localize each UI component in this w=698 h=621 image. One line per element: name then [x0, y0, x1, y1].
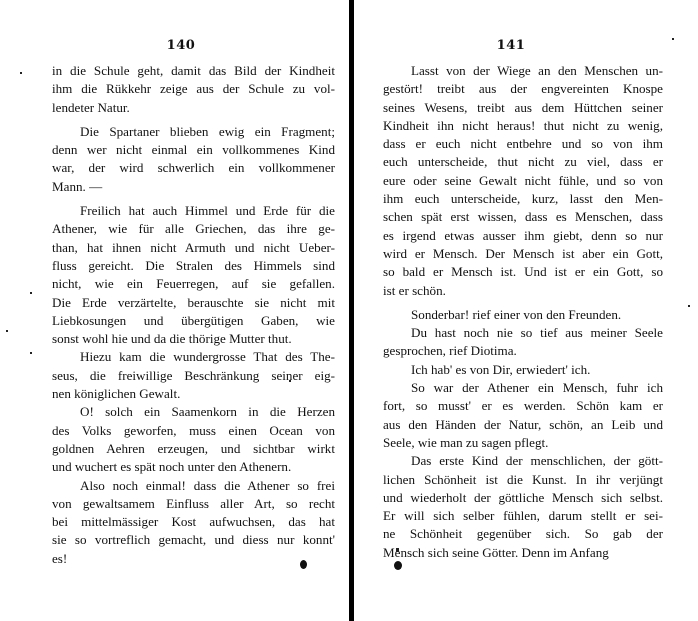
text-line: und wiederholt der göttliche Mensch sich… [383, 489, 663, 507]
print-speck [289, 380, 291, 382]
left-page: 140 in die Schule geht, damit das Bild d… [0, 0, 350, 621]
paragraph: Die Spartaner blieben ewig ein Fragment;… [52, 123, 335, 196]
right-page: 141 Lasst von der Wiege an den Menschen … [354, 0, 698, 621]
text-line: O! solch ein Saamenkorn in die Herzen [52, 403, 335, 421]
right-page-text: Lasst von der Wiege an den Menschen un-g… [383, 62, 663, 562]
paragraph: Ich hab' es von Dir, erwiedert' ich. [383, 361, 663, 379]
text-line: dass er euch nicht entbehre und so von i… [383, 135, 663, 153]
paragraph: in die Schule geht, damit das Bild der K… [52, 62, 335, 117]
text-line: than, hat ihnen nicht Armuth und nicht U… [52, 239, 335, 257]
text-line: und wuchert es spät noch unter den Athen… [52, 458, 335, 476]
text-line: Mann. — [52, 178, 335, 196]
text-line: Also noch einmal! dass die Athener so fr… [52, 477, 335, 495]
left-page-number: 140 [0, 38, 350, 53]
text-line: Er will sich selber fühlen, darum stellt… [383, 507, 663, 525]
text-line: sonst wohl hie und da die thörige Mutter… [52, 330, 335, 348]
text-line: aus den Händen der Natur, schön, an Leib… [383, 416, 663, 434]
text-line: denn wer nicht einmal ein vollkommenes K… [52, 141, 335, 159]
text-line: So war der Athener ein Mensch, fuhr ich [383, 379, 663, 397]
print-speck [672, 38, 674, 40]
right-page-number: 141 [354, 38, 698, 53]
text-line: ne Schönheit gegenüber sich. So gab der [383, 525, 663, 543]
paragraph: So war der Athener ein Mensch, fuhr ichf… [383, 379, 663, 452]
text-line: Die Erde verzärtelte, berauschte sie nic… [52, 294, 335, 312]
paragraph: Lasst von der Wiege an den Menschen un-g… [383, 62, 663, 300]
text-line: Du hast noch nie so tief aus meiner Seel… [383, 324, 663, 342]
print-speck [396, 548, 399, 552]
text-line: Kindheit ihn nicht heraus! thut nicht zu… [383, 117, 663, 135]
text-line: ihm euch unterscheide, kurz, lasst den M… [383, 190, 663, 208]
paragraph: Hiezu kam die wundergrosse That des The-… [52, 348, 335, 403]
print-speck [30, 292, 32, 294]
text-line: Seele, wie man zu sagen pflegt. [383, 434, 663, 452]
text-line: bei mittelmässiger Kost aufwuchsen, das … [52, 513, 335, 531]
text-line: Hiezu kam die wundergrosse That des The- [52, 348, 335, 366]
text-line: des Volks geworfen, muss einen Ocean von [52, 422, 335, 440]
text-line: seus, die freiwillige Beschränkung seine… [52, 367, 335, 385]
text-line: es irgend etwas ausser ihm giebt, denn s… [383, 227, 663, 245]
text-line: nicht, wie ein Feuerregen, auf sie gefal… [52, 275, 335, 293]
text-line: goldnen Aehren erzeugen, und sichtbar wi… [52, 440, 335, 458]
print-speck [30, 352, 32, 354]
paragraph: Du hast noch nie so tief aus meiner Seel… [383, 324, 663, 361]
paragraph: Sonderbar! rief einer von den Freunden. [383, 306, 663, 324]
ink-blot [300, 560, 307, 569]
text-line: lendeter Natur. [52, 99, 335, 117]
text-line: euch unterscheide, thut nicht zu viel, d… [383, 153, 663, 171]
text-line: seines Wesens, treibt aus dem Hüttchen s… [383, 99, 663, 117]
text-line: gestört! treibt aus der engvereinten Kno… [383, 80, 663, 98]
text-line: es! [52, 550, 335, 568]
text-line: gesprochen, rief Diotima. [383, 342, 663, 360]
print-speck [688, 305, 690, 307]
text-line: Mensch sich seine Götter. Denn im Anfang [383, 544, 663, 562]
left-page-text: in die Schule geht, damit das Bild der K… [52, 62, 335, 568]
text-line: von gewaltsamem Einfluss aller Art, so r… [52, 495, 335, 513]
print-speck [6, 330, 8, 332]
text-line: in die Schule geht, damit das Bild der K… [52, 62, 335, 80]
text-line: lichen Schönheit ist die Kunst. In ihr v… [383, 471, 663, 489]
text-line: fort, so musst' er es werden. Schön kam … [383, 397, 663, 415]
text-line: fluss gereicht. Die Stralen des Himmels … [52, 257, 335, 275]
text-line: Die Spartaner blieben ewig ein Fragment; [52, 123, 335, 141]
text-line: ist er schön. [383, 282, 663, 300]
text-line: schen spät erst wissen, dass es Menschen… [383, 208, 663, 226]
paragraph: Also noch einmal! dass die Athener so fr… [52, 477, 335, 568]
text-line: wird er Mensch. Der Mensch ist aber ein … [383, 245, 663, 263]
text-line: sie so vortreflich gemacht, und diess nu… [52, 531, 335, 549]
text-line: Freilich hat auch Himmel und Erde für di… [52, 202, 335, 220]
text-line: Athener, wie für alle Griechen, das ihre… [52, 220, 335, 238]
text-line: Lasst von der Wiege an den Menschen un- [383, 62, 663, 80]
paragraph: Das erste Kind der menschlichen, der göt… [383, 452, 663, 562]
text-line: Sonderbar! rief einer von den Freunden. [383, 306, 663, 324]
text-line: Ich hab' es von Dir, erwiedert' ich. [383, 361, 663, 379]
ink-blot [394, 561, 402, 570]
paragraph: O! solch ein Saamenkorn in die Herzendes… [52, 403, 335, 476]
text-line: Das erste Kind der menschlichen, der göt… [383, 452, 663, 470]
text-line: ihm die Rükkehr zeige aus der Schule zu … [52, 80, 335, 98]
print-speck [20, 72, 22, 74]
text-line: so bald er Mensch ist. Und ist er ein Go… [383, 263, 663, 281]
text-line: eure oder seine Gewalt nicht fühle, und … [383, 172, 663, 190]
text-line: Liebkosungen und übergütigen Gaben, wie [52, 312, 335, 330]
text-line: war, der wird schwerlich ein vollkommene… [52, 159, 335, 177]
text-line: nen königlichen Gewalt. [52, 385, 335, 403]
paragraph: Freilich hat auch Himmel und Erde für di… [52, 202, 335, 348]
